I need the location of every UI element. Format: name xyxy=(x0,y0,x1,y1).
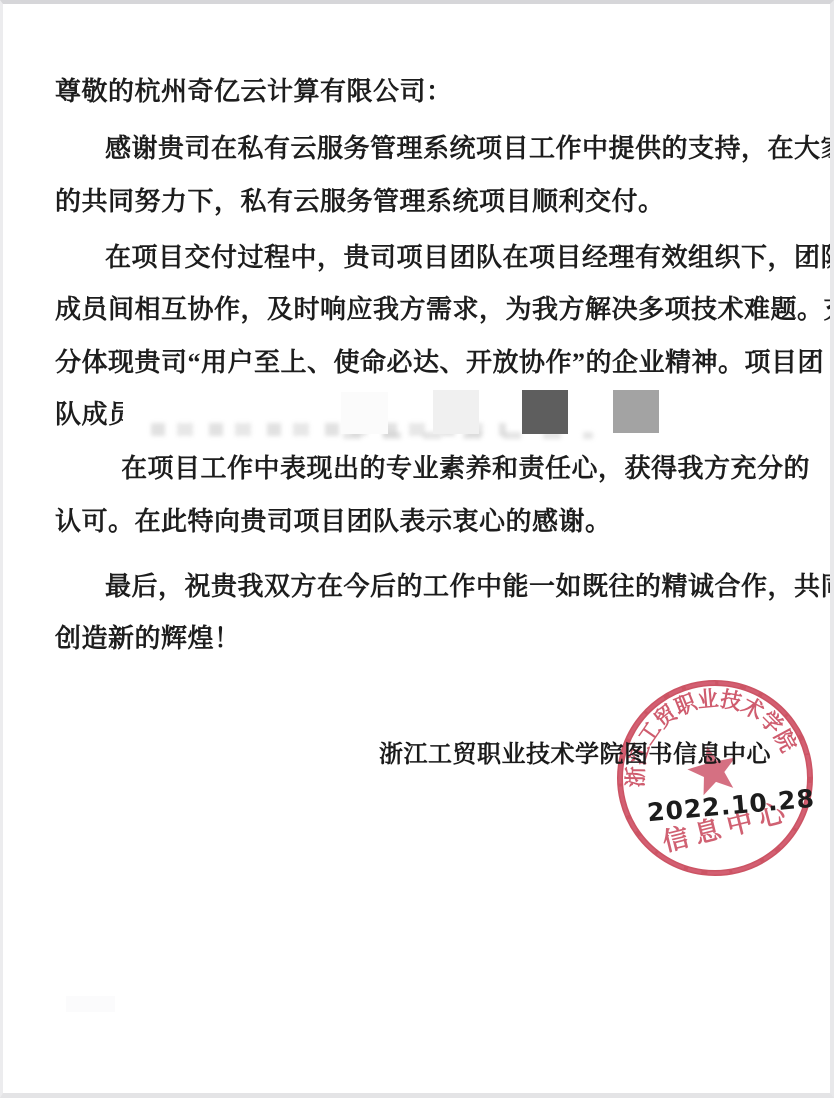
faint-scan-artifact xyxy=(66,996,115,1012)
official-stamp: 浙江工贸职业技术学院 信息中心 xyxy=(578,641,834,915)
body-line: 分体现贵司“用户至上、使命必达、开放协作”的企业精神。项目团 xyxy=(55,347,824,380)
body-line: 在项目工作中表现出的专业素养和责任心，获得我方充分的 xyxy=(121,453,810,486)
body-line: 认可。在此特向贵司项目团队表示衷心的感谢。 xyxy=(55,506,612,539)
stamp-graphic: 浙江工贸职业技术学院 信息中心 xyxy=(578,641,834,915)
scanned-letter-page: 尊敬的杭州奇亿云计算有限公司： 感谢贵司在私有云服务管理系统项目工作中提供的支持… xyxy=(0,0,834,1098)
salutation-line: 尊敬的杭州奇亿云计算有限公司： xyxy=(55,76,453,109)
signature-org-line: 浙江工贸职业技术学院图书信息中心 xyxy=(379,734,771,769)
redaction-block-4 xyxy=(613,390,659,433)
redaction-block-2 xyxy=(433,390,479,434)
body-line: 的共同努力下，私有云服务管理系统项目顺利交付。 xyxy=(55,186,665,219)
body-line: 在项目交付过程中，贵司项目团队在项目经理有效组织下，团队 xyxy=(105,242,834,275)
body-line: 成员间相互协作，及时响应我方需求，为我方解决多项技术难题。充 xyxy=(55,294,834,327)
redaction-block-3 xyxy=(522,390,568,434)
redaction-block-1 xyxy=(341,392,388,434)
whiteout-mask xyxy=(107,451,122,493)
body-line: 感谢贵司在私有云服务管理系统项目工作中提供的支持，在大家 xyxy=(105,133,834,166)
body-line: 创造新的辉煌！ xyxy=(55,623,241,656)
whiteout-mask xyxy=(123,397,153,437)
body-line: 最后，祝贵我双方在今后的工作中能一如既往的精诚合作，共同 xyxy=(105,571,834,604)
